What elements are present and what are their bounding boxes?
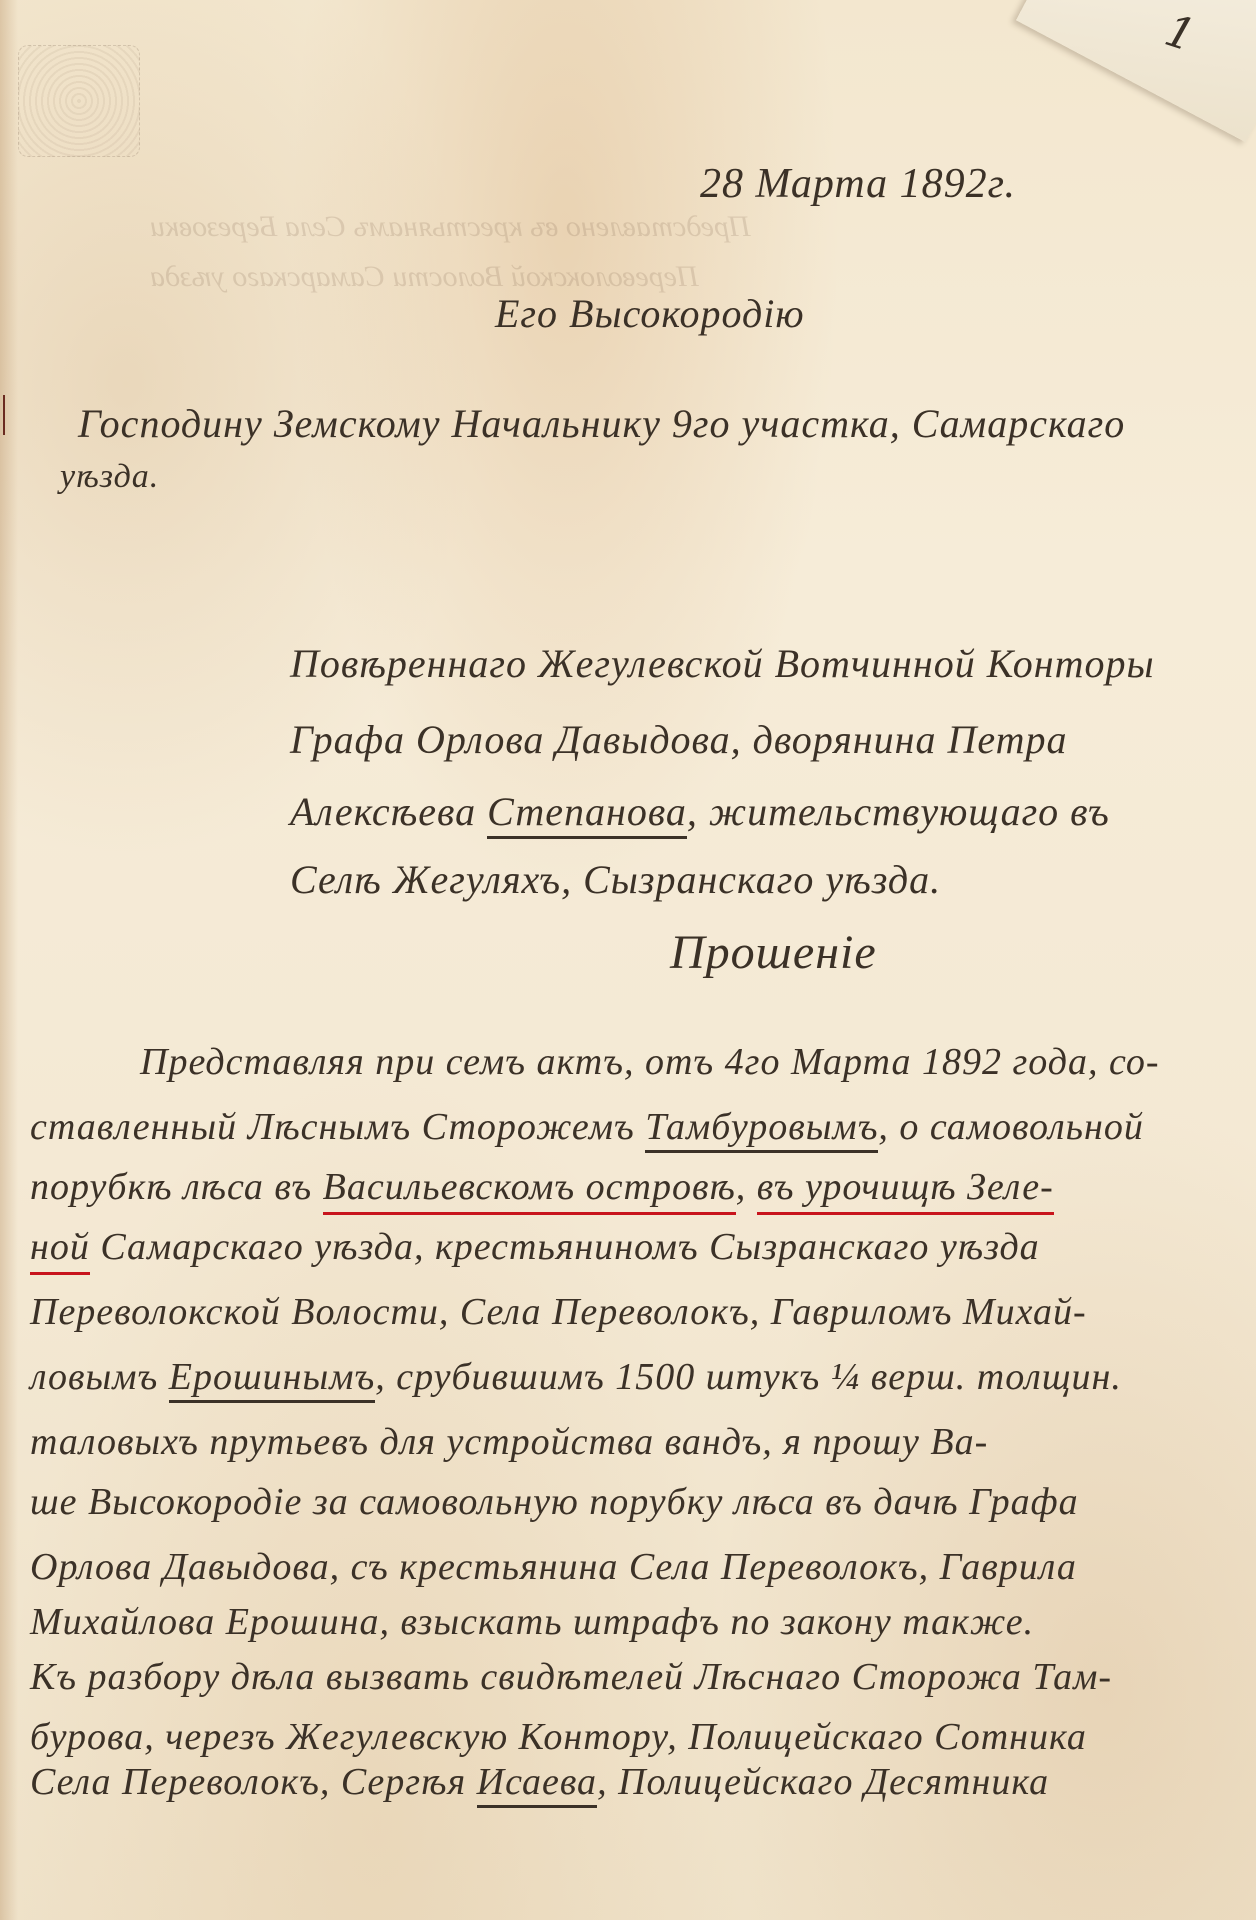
sender-line: Селѣ Жегуляхъ, Сызранскаго уѣзда. [290,856,941,903]
body-line: ной Самарскаго уѣзда, крестьяниномъ Сызр… [30,1225,1040,1269]
embossed-stamp [18,45,140,157]
document-date: 28 Марта 1892г. [700,160,1016,208]
body-line: таловыхъ прутьевъ для устройства вандъ, … [30,1420,988,1464]
sender-line: Графа Орлова Давыдова, дворянина Петра [290,716,1067,763]
body-line: Орлова Давыдова, съ крестьянина Села Пер… [30,1545,1077,1589]
body-line: бурова, черезъ Жегулевскую Контору, Поли… [30,1715,1087,1759]
sender-line-part: Алексѣева [290,789,487,834]
sender-line: Алексѣева Степанова, жительствующаго въ [290,788,1110,835]
body-line: ше Высокородіе за самовольную порубку лѣ… [30,1480,1079,1524]
body-line: Села Переволокъ, Сергѣя Исаева, Полицейс… [30,1760,1049,1804]
addressee-line-1: Господину Земскому Начальнику 9го участк… [78,400,1125,447]
body-line: Переволокской Волости, Села Переволокъ, … [30,1290,1087,1334]
red-underlined-place: ной [30,1226,90,1275]
underlined-name: Исаева [477,1761,597,1808]
body-line: ставленный Лѣснымъ Сторожемъ Тамбуровымъ… [30,1105,1144,1149]
margin-mark [3,395,5,435]
body-line: Представляя при семъ актъ, отъ 4го Марта… [140,1040,1160,1084]
red-underlined-place: въ урочищѣ Зеле- [757,1166,1054,1215]
body-line: ловымъ Ерошинымъ, срубившимъ 1500 штукъ … [30,1355,1122,1399]
salutation: Его Высокородію [495,290,805,337]
folded-corner [1016,0,1256,142]
document-page: 1 Представлено въ крестьянамъ Села Берез… [0,0,1256,1920]
body-line: порубкѣ лѣса въ Васильевскомъ островѣ, в… [30,1165,1054,1209]
red-underlined-place: Васильевскомъ островѣ [323,1166,736,1215]
sender-line-part: , жительствующаго въ [687,789,1110,834]
sender-line: Повѣреннаго Жегулевской Вотчинной Контор… [290,640,1155,687]
addressee-line-2: уѣзда. [60,458,159,496]
underlined-name: Степанова [487,789,687,839]
underlined-name: Ерошинымъ [169,1356,375,1403]
body-line: Михайлова Ерошина, взыскать штрафъ по за… [30,1600,1034,1644]
page-edge-shadow [0,0,18,1920]
ink-bleed-through: Представлено въ крестьянамъ Села Березов… [150,210,751,244]
body-line: Къ разбору дѣла вызвать свидѣтелей Лѣсна… [30,1655,1112,1699]
document-title: Прошеніе [670,925,877,980]
ink-bleed-through: Переволокской Волости Самарскаго уѣзда [150,260,699,294]
underlined-name: Тамбуровымъ [645,1106,878,1153]
